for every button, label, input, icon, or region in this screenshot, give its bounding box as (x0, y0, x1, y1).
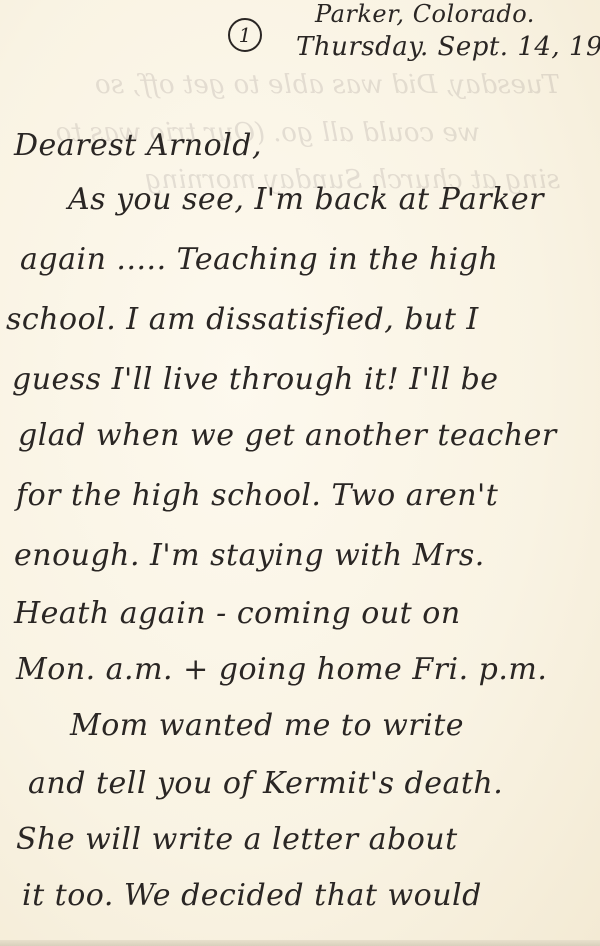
paper-bottom-edge (0, 940, 600, 946)
letter-line: glad when we get another teacher (18, 418, 557, 453)
letter-line: for the high school. Two aren't (16, 478, 498, 513)
letter-date: Thursday. Sept. 14, 1944 (296, 32, 600, 62)
letter-line: guess I'll live through it! I'll be (12, 362, 499, 397)
letter-line: again ..... Teaching in the high (20, 242, 498, 277)
letter-page: Tuesday, Did was able to get off, so we … (0, 0, 600, 946)
letter-line: Heath again - coming out on (14, 596, 461, 631)
letter-line: As you see, I'm back at Parker (68, 182, 544, 217)
letter-line: it too. We decided that would (22, 878, 482, 913)
letter-place: Parker, Colorado. (315, 0, 535, 28)
letter-line: and tell you of Kermit's death. (28, 766, 503, 801)
letter-line: Mom wanted me to write (70, 708, 464, 743)
letter-line: enough. I'm staying with Mrs. (14, 538, 485, 573)
salutation: Dearest Arnold, (14, 128, 262, 163)
page-number: 1 (228, 18, 262, 52)
letter-line: school. I am dissatisfied, but I (6, 302, 479, 337)
letter-line: She will write a letter about (16, 822, 458, 857)
letter-line: Mon. a.m. + going home Fri. p.m. (16, 652, 547, 687)
bleed-line: Tuesday, Did was able to get off, so (95, 70, 560, 100)
